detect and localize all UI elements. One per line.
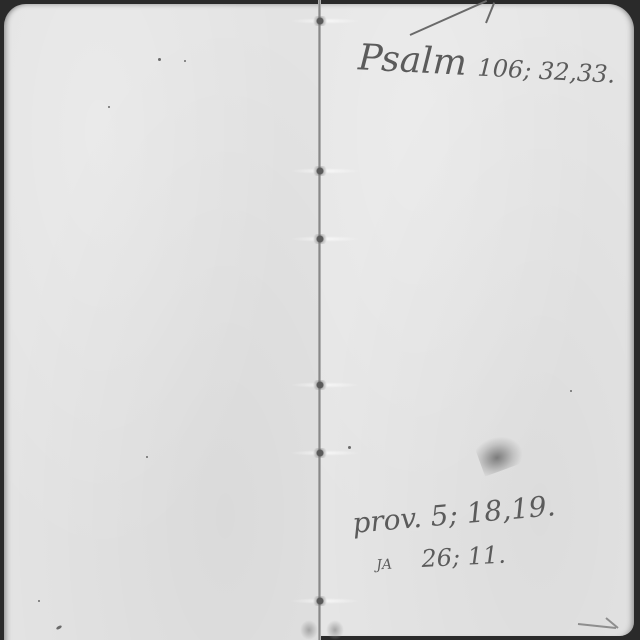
paper-speck — [184, 60, 186, 62]
paper-mark — [56, 625, 63, 631]
ink-blot — [300, 620, 318, 640]
book-name: prov. — [351, 501, 423, 540]
binding-stitch — [313, 448, 327, 458]
binding-stitch — [313, 596, 327, 606]
corner-pencil-mark-icon — [576, 616, 622, 634]
binding-stitch — [313, 234, 327, 244]
paper-speck — [158, 58, 161, 61]
binding-stitch — [313, 380, 327, 390]
verse-reference: 26; 11. — [421, 541, 507, 573]
verse-reference: 106; 32,33. — [477, 54, 616, 89]
paper-speck — [348, 446, 351, 449]
binding-stitch — [313, 16, 327, 26]
open-notebook: Psalm 106; 32,33. prov. 5; 18,19. JA 26;… — [0, 0, 640, 640]
paper-speck — [146, 456, 148, 458]
paper-speck — [38, 600, 40, 602]
book-abbreviation: JA — [376, 557, 393, 574]
paper-speck — [570, 390, 572, 392]
paper-speck — [108, 106, 110, 108]
left-page — [4, 4, 320, 640]
book-spine — [318, 0, 321, 640]
binding-stitch — [313, 166, 327, 176]
book-name: Psalm — [357, 37, 468, 84]
ink-blot — [326, 620, 344, 640]
